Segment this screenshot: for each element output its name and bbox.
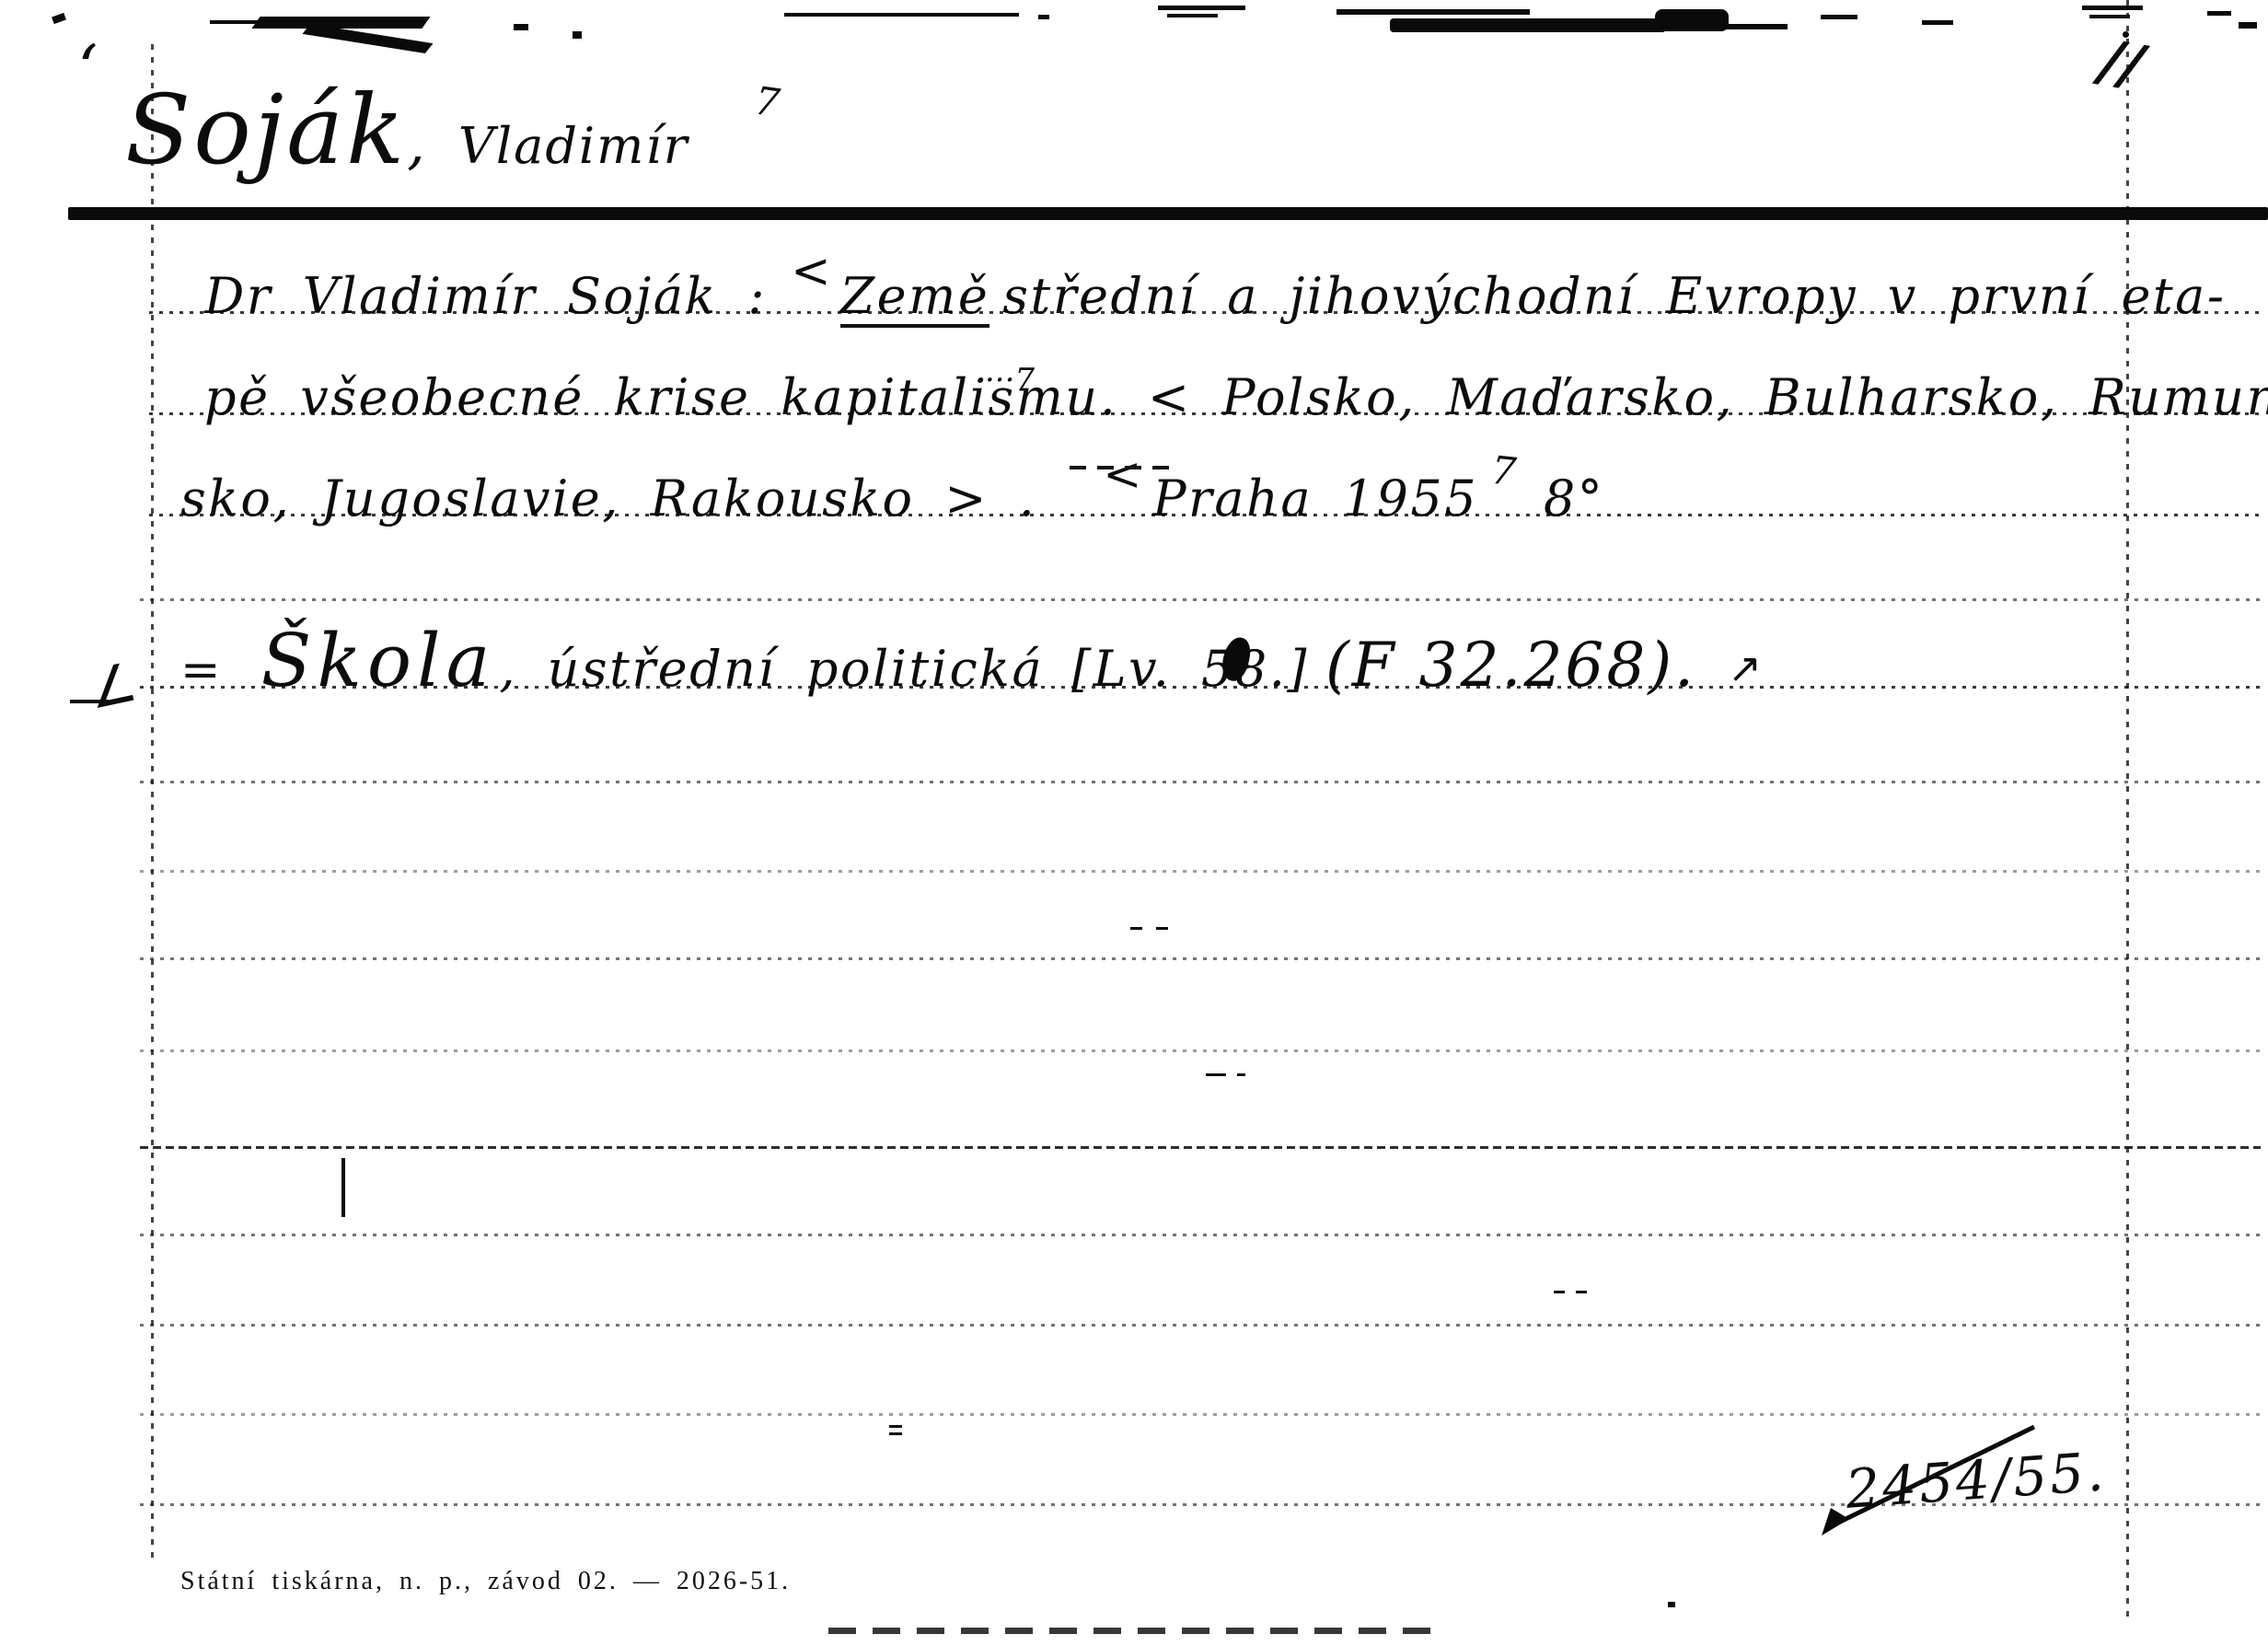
scan-smudge xyxy=(573,31,582,39)
scan-smudge xyxy=(828,1628,1436,1634)
stray-mark xyxy=(1130,927,1142,930)
ruled-line xyxy=(140,781,2261,783)
ruled-line xyxy=(140,1234,2261,1236)
margin-insert-mark-icon: ∠ xyxy=(84,655,142,717)
scan-smudge xyxy=(2082,6,2143,10)
added-entry-heading: Škola xyxy=(261,624,496,698)
volume-reference-text: [Lv. 58.] xyxy=(1071,640,1309,698)
ruled-line xyxy=(140,870,2261,873)
stray-mark xyxy=(889,1432,902,1435)
title-word-underlined: Země xyxy=(840,272,990,328)
title-line-3: sko, Jugoslavie, Rakousko > . < Praha 19… xyxy=(180,474,1604,524)
caret-mark-icon: ···7 xyxy=(985,365,1035,396)
scan-smudge xyxy=(1821,15,1857,19)
scan-smudge xyxy=(1668,1602,1675,1607)
scan-smudge xyxy=(1336,9,1530,15)
scan-smudge xyxy=(784,13,1019,17)
stray-mark xyxy=(1156,927,1168,930)
ruled-line xyxy=(140,1146,2261,1149)
scan-smudge xyxy=(251,17,430,29)
title-line-1-prefix: Dr Vladimír Soják : xyxy=(204,272,767,321)
arrow-up-right-icon: ↗ xyxy=(1728,645,1762,692)
call-number: (F 32.268). xyxy=(1325,635,1696,696)
scan-smudge xyxy=(1390,18,1666,32)
right-margin-line xyxy=(2126,0,2129,1622)
proofreading-stroke-icon: 7 xyxy=(753,81,782,122)
equals-sign: = xyxy=(180,646,221,694)
title-line-1: Dr Vladimír Soják : < Země střední a jih… xyxy=(204,272,2227,328)
scan-smudge xyxy=(1922,20,1953,25)
printer-imprint: Státní tiskárna, n. p., závod 02. — 2026… xyxy=(180,1567,791,1596)
scan-smudge xyxy=(2089,15,2130,18)
added-entry-line: = Škola , ústřední politická [Lv. 58.] (… xyxy=(180,624,1762,698)
title-line-2-text: pě všeobecné krise kapitalismu. < Polsko… xyxy=(204,373,2268,423)
overline-dashes xyxy=(1070,466,1171,469)
insert-mark-icon: < xyxy=(1103,451,1141,497)
scan-smudge xyxy=(2207,11,2231,16)
title-line-1-rest: střední a jihovýchodní Evropy v první et… xyxy=(1002,272,2226,321)
catalog-card: ‘ Soják, Vladimír 7 // Dr Vladimír Soják… xyxy=(0,0,2268,1646)
stray-mark xyxy=(1206,1073,1226,1076)
insert-mark-icon: < xyxy=(791,248,831,296)
pen-tick-mark: ‘ xyxy=(77,37,98,101)
scan-smudge xyxy=(1038,15,1049,19)
stray-mark xyxy=(341,1158,345,1217)
book-format: 8° xyxy=(1544,474,1604,524)
scan-smudge xyxy=(1723,24,1788,29)
title-line-2: pě všeobecné krise kapitalismu. < Polsko… xyxy=(204,373,2268,423)
scan-smudge xyxy=(2239,22,2257,29)
scan-smudge xyxy=(52,13,66,24)
stray-mark xyxy=(889,1425,902,1428)
added-entry-subheading: , ústřední politická xyxy=(499,644,1044,694)
publication-place-date: Praha 1955 xyxy=(1152,474,1478,524)
corner-pen-mark: // xyxy=(2096,32,2146,96)
left-margin-line xyxy=(151,44,154,1558)
scan-smudge xyxy=(1158,6,1245,10)
ruled-line xyxy=(140,1324,2261,1327)
scan-smudge xyxy=(514,24,528,30)
scan-smudge xyxy=(2123,31,2129,38)
scan-smudge xyxy=(1655,9,1729,31)
author-heading: Soják, Vladimír 7 xyxy=(125,82,780,178)
title-line-3-prefix: sko, Jugoslavie, Rakousko > . xyxy=(180,474,1036,524)
annotation-arrow-icon xyxy=(1809,1416,2048,1545)
volume-reference: [Lv. 58.] xyxy=(1071,644,1309,694)
surname-comma: , xyxy=(407,115,425,172)
stray-mark xyxy=(1554,1291,1565,1293)
stray-mark xyxy=(1576,1291,1587,1293)
ruled-line xyxy=(140,598,2261,601)
proofreading-stroke-icon: 7 xyxy=(1489,451,1518,493)
ruled-line xyxy=(140,1049,2261,1052)
author-given-name: Vladimír xyxy=(458,122,689,171)
author-surname: Soják xyxy=(125,82,407,178)
scan-smudge xyxy=(1167,14,1218,17)
stray-mark xyxy=(1237,1073,1245,1076)
margin-dash xyxy=(70,700,109,703)
ruled-line xyxy=(140,957,2261,960)
header-rule xyxy=(68,207,2268,220)
